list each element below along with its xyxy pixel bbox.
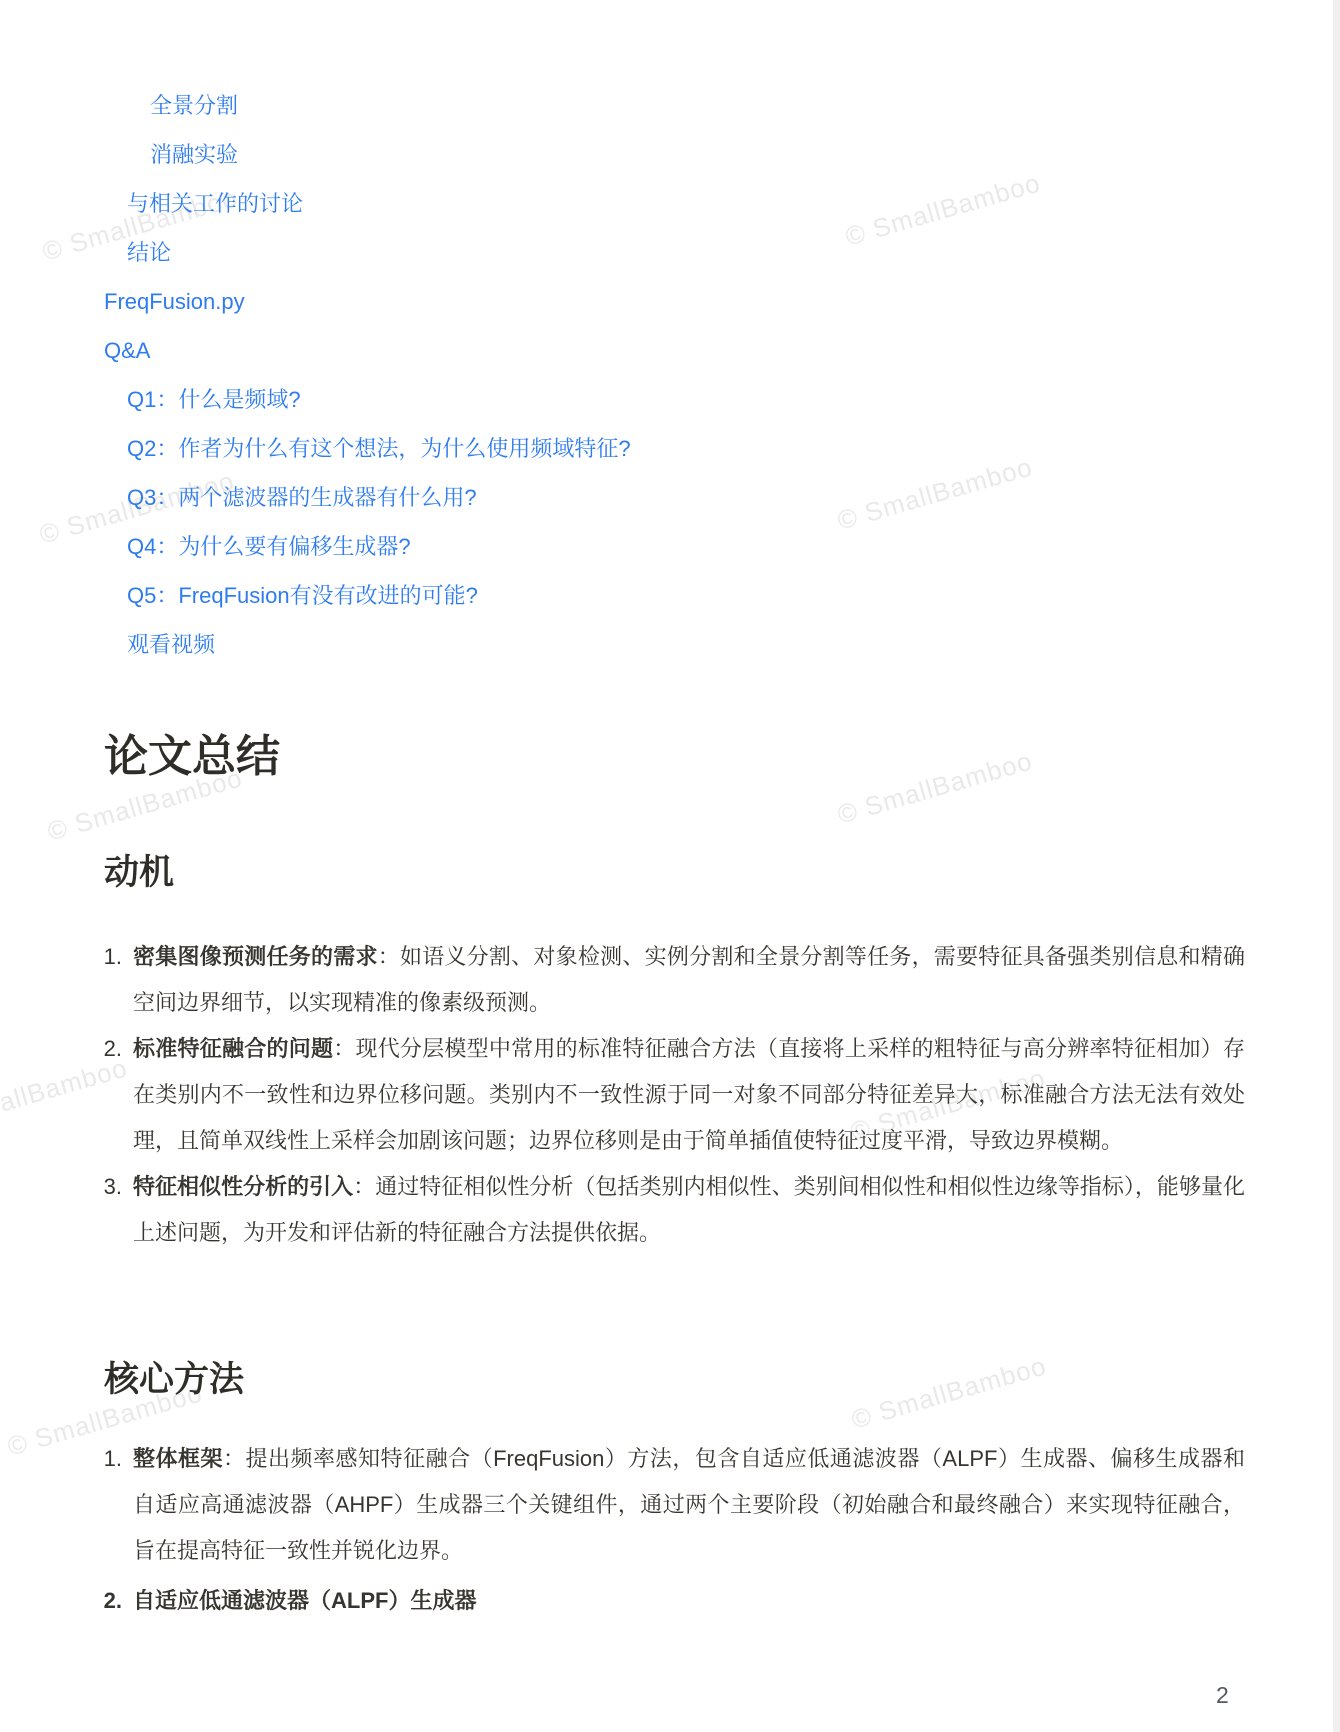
toc-link[interactable]: Q&A [0,326,1340,375]
toc-link[interactable]: 观看视频 [0,620,1340,669]
toc-link[interactable]: Q4：为什么要有偏移生成器? [0,522,1340,571]
list-item-bold-label: 标准特征融合的问题 [133,1036,333,1061]
toc-link[interactable]: Q3：两个滤波器的生成器有什么用? [0,473,1340,522]
toc-link[interactable]: 全景分割 [0,81,1340,130]
method-list: 1. 整体框架：提出频率感知特征融合（FreqFusion）方法，包含自适应低通… [0,1436,1340,1624]
list-item: 2. 自适应低通滤波器（ALPF）生成器 [0,1578,1245,1624]
summary-heading: 论文总结 [104,731,280,784]
list-item-bold-label: 特征相似性分析的引入 [133,1174,353,1199]
list-item-text: ：提出频率感知特征融合（FreqFusion）方法，包含自适应低通滤波器（ALP… [133,1446,1245,1563]
page-number: 2 [1216,1682,1229,1709]
list-marker: 3. [0,1164,122,1210]
list-marker: 2. [0,1578,122,1624]
list-item: 1. 密集图像预测任务的需求：如语义分割、对象检测、实例分割和全景分割等任务，需… [0,934,1245,1026]
toc-link[interactable]: Q2：作者为什么有这个想法，为什么使用频域特征? [0,424,1340,473]
toc-link[interactable]: FreqFusion.py [0,277,1340,326]
table-of-contents: 全景分割 消融实验 与相关工作的讨论 结论 FreqFusion.py Q&A … [0,81,1340,669]
watermark-text: © SmallBamboo [834,745,1036,830]
list-marker: 2. [0,1026,122,1072]
toc-link[interactable]: 消融实验 [0,130,1340,179]
list-marker: 1. [0,1436,122,1482]
list-item-bold-label: 密集图像预测任务的需求 [133,944,378,969]
toc-link[interactable]: Q5：FreqFusion有没有改进的可能? [0,571,1340,620]
list-item: 3. 特征相似性分析的引入：通过特征相似性分析（包括类别内相似性、类别间相似性和… [0,1164,1245,1256]
list-item-bold-label: 自适应低通滤波器（ALPF）生成器 [133,1588,476,1613]
list-item: 2. 标准特征融合的问题：现代分层模型中常用的标准特征融合方法（直接将上采样的粗… [0,1026,1245,1164]
list-item: 1. 整体框架：提出频率感知特征融合（FreqFusion）方法，包含自适应低通… [0,1436,1245,1574]
toc-link[interactable]: Q1：什么是频域? [0,375,1340,424]
toc-link[interactable]: 与相关工作的讨论 [0,179,1340,228]
list-item-bold-label: 整体框架 [133,1446,223,1471]
document-page: © SmallBamboo © SmallBamboo © SmallBambo… [0,0,1340,1732]
list-marker: 1. [0,934,122,980]
motivation-list: 1. 密集图像预测任务的需求：如语义分割、对象检测、实例分割和全景分割等任务，需… [0,934,1340,1256]
toc-link[interactable]: 结论 [0,228,1340,277]
motivation-heading: 动机 [104,851,174,895]
watermark-text: © SmallBamboo [848,1350,1050,1435]
method-heading: 核心方法 [104,1358,244,1402]
